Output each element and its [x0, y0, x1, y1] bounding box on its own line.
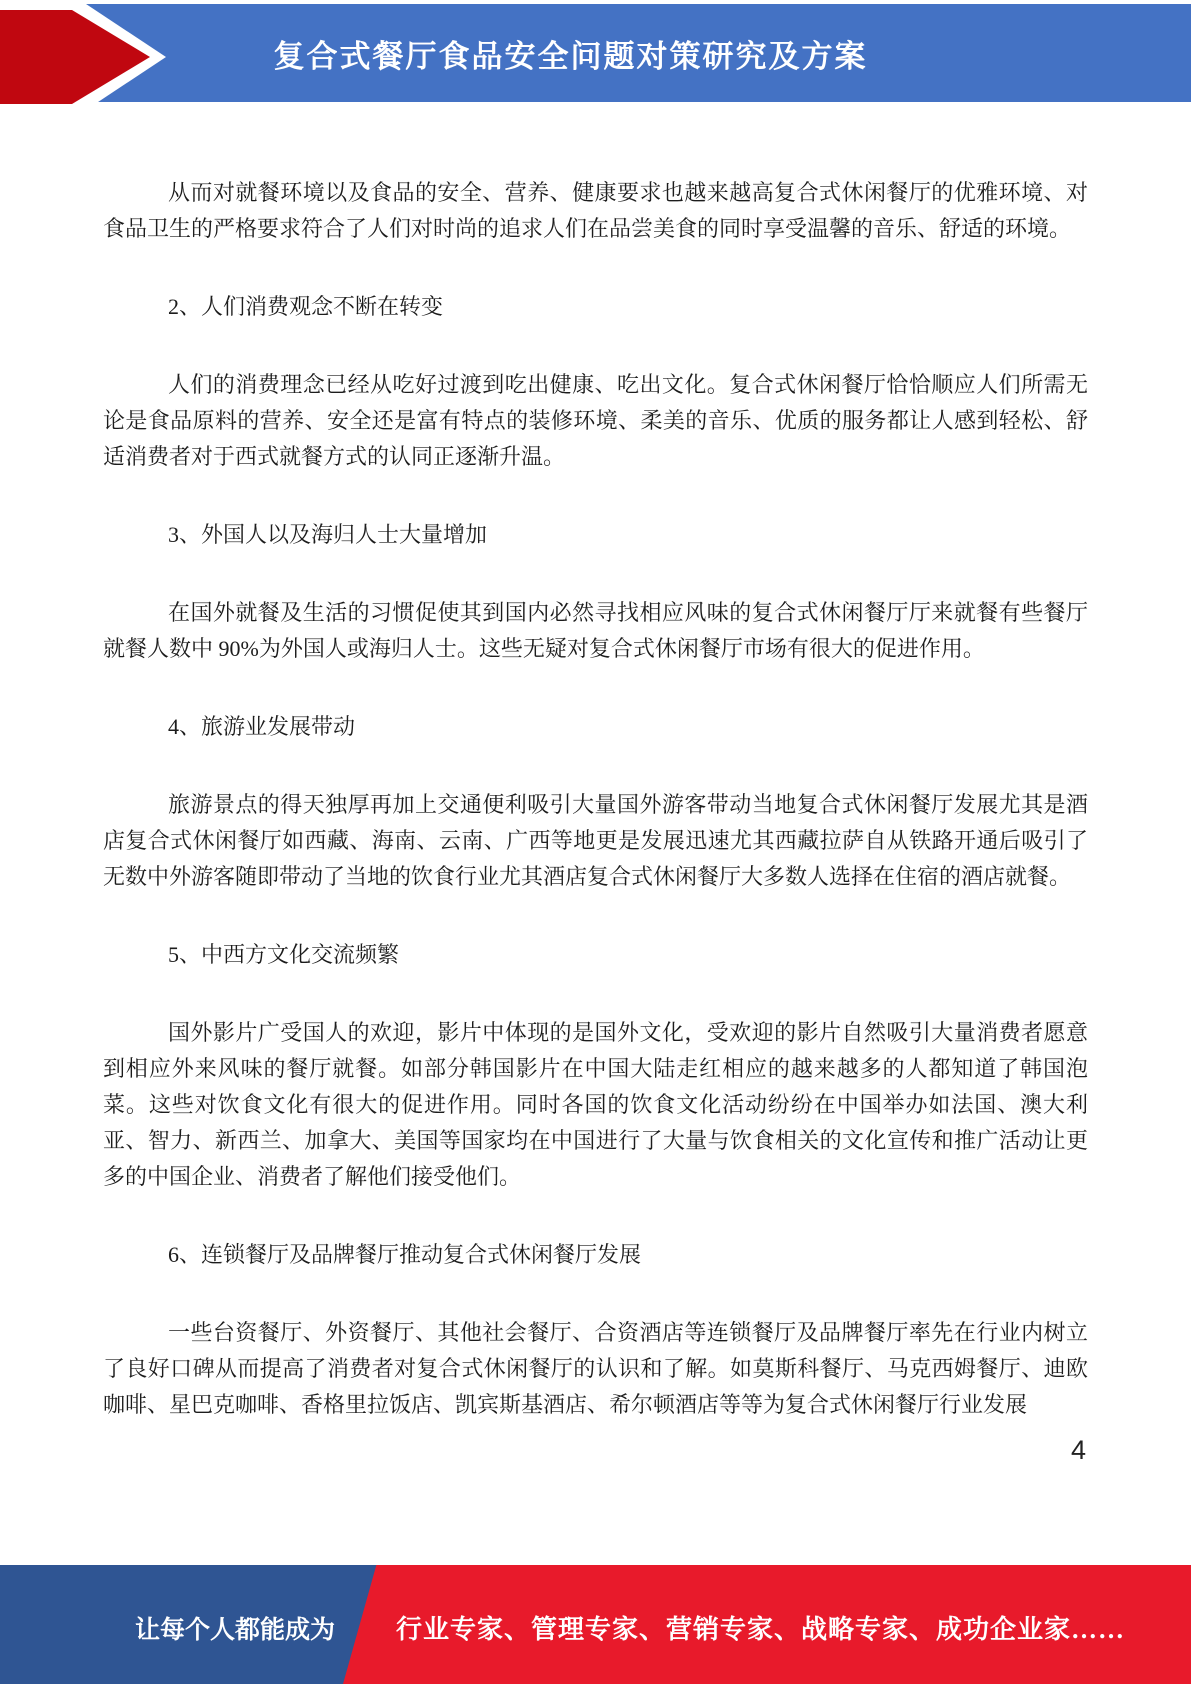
paragraph: 一些台资餐厅、外资餐厅、其他社会餐厅、合资酒店等连锁餐厅及品牌餐厅率先在行业内树…: [103, 1315, 1088, 1423]
section-heading: 3、外国人以及海归人士大量增加: [103, 517, 1088, 553]
header-banner: 复合式餐厅食品安全问题对策研究及方案: [0, 0, 1191, 114]
page-number: 4: [103, 1435, 1088, 1466]
paragraph: 从而对就餐环境以及食品的安全、营养、健康要求也越来越高复合式休闲餐厅的优雅环境、…: [103, 175, 1088, 247]
paragraph: 国外影片广受国人的欢迎，影片中体现的是国外文化，受欢迎的影片自然吸引大量消费者愿…: [103, 1015, 1088, 1195]
paragraph: 旅游景点的得天独厚再加上交通便利吸引大量国外游客带动当地复合式休闲餐厅发展尤其是…: [103, 787, 1088, 895]
document-page: 复合式餐厅食品安全问题对策研究及方案 从而对就餐环境以及食品的安全、营养、健康要…: [0, 0, 1191, 1684]
section-heading: 5、中西方文化交流频繁: [103, 937, 1088, 973]
header-title-wrap: 复合式餐厅食品安全问题对策研究及方案: [0, 4, 1191, 102]
section-heading: 4、旅游业发展带动: [103, 709, 1088, 745]
footer-slogan-right: 行业专家、管理专家、营销专家、战略专家、成功企业家……: [396, 1565, 1171, 1684]
footer-slogan-left: 让每个人都能成为: [110, 1565, 360, 1684]
paragraph: 在国外就餐及生活的习惯促使其到国内必然寻找相应风味的复合式休闲餐厅厅来就餐有些餐…: [103, 595, 1088, 667]
section-heading: 2、人们消费观念不断在转变: [103, 289, 1088, 325]
document-body: 从而对就餐环境以及食品的安全、营养、健康要求也越来越高复合式休闲餐厅的优雅环境、…: [103, 114, 1088, 1466]
section-heading: 6、连锁餐厅及品牌餐厅推动复合式休闲餐厅发展: [103, 1237, 1088, 1273]
footer: 让每个人都能成为 行业专家、管理专家、营销专家、战略专家、成功企业家……: [0, 1565, 1191, 1684]
paragraph: 人们的消费理念已经从吃好过渡到吃出健康、吃出文化。复合式休闲餐厅恰恰顺应人们所需…: [103, 367, 1088, 475]
page-title: 复合式餐厅食品安全问题对策研究及方案: [274, 31, 868, 76]
